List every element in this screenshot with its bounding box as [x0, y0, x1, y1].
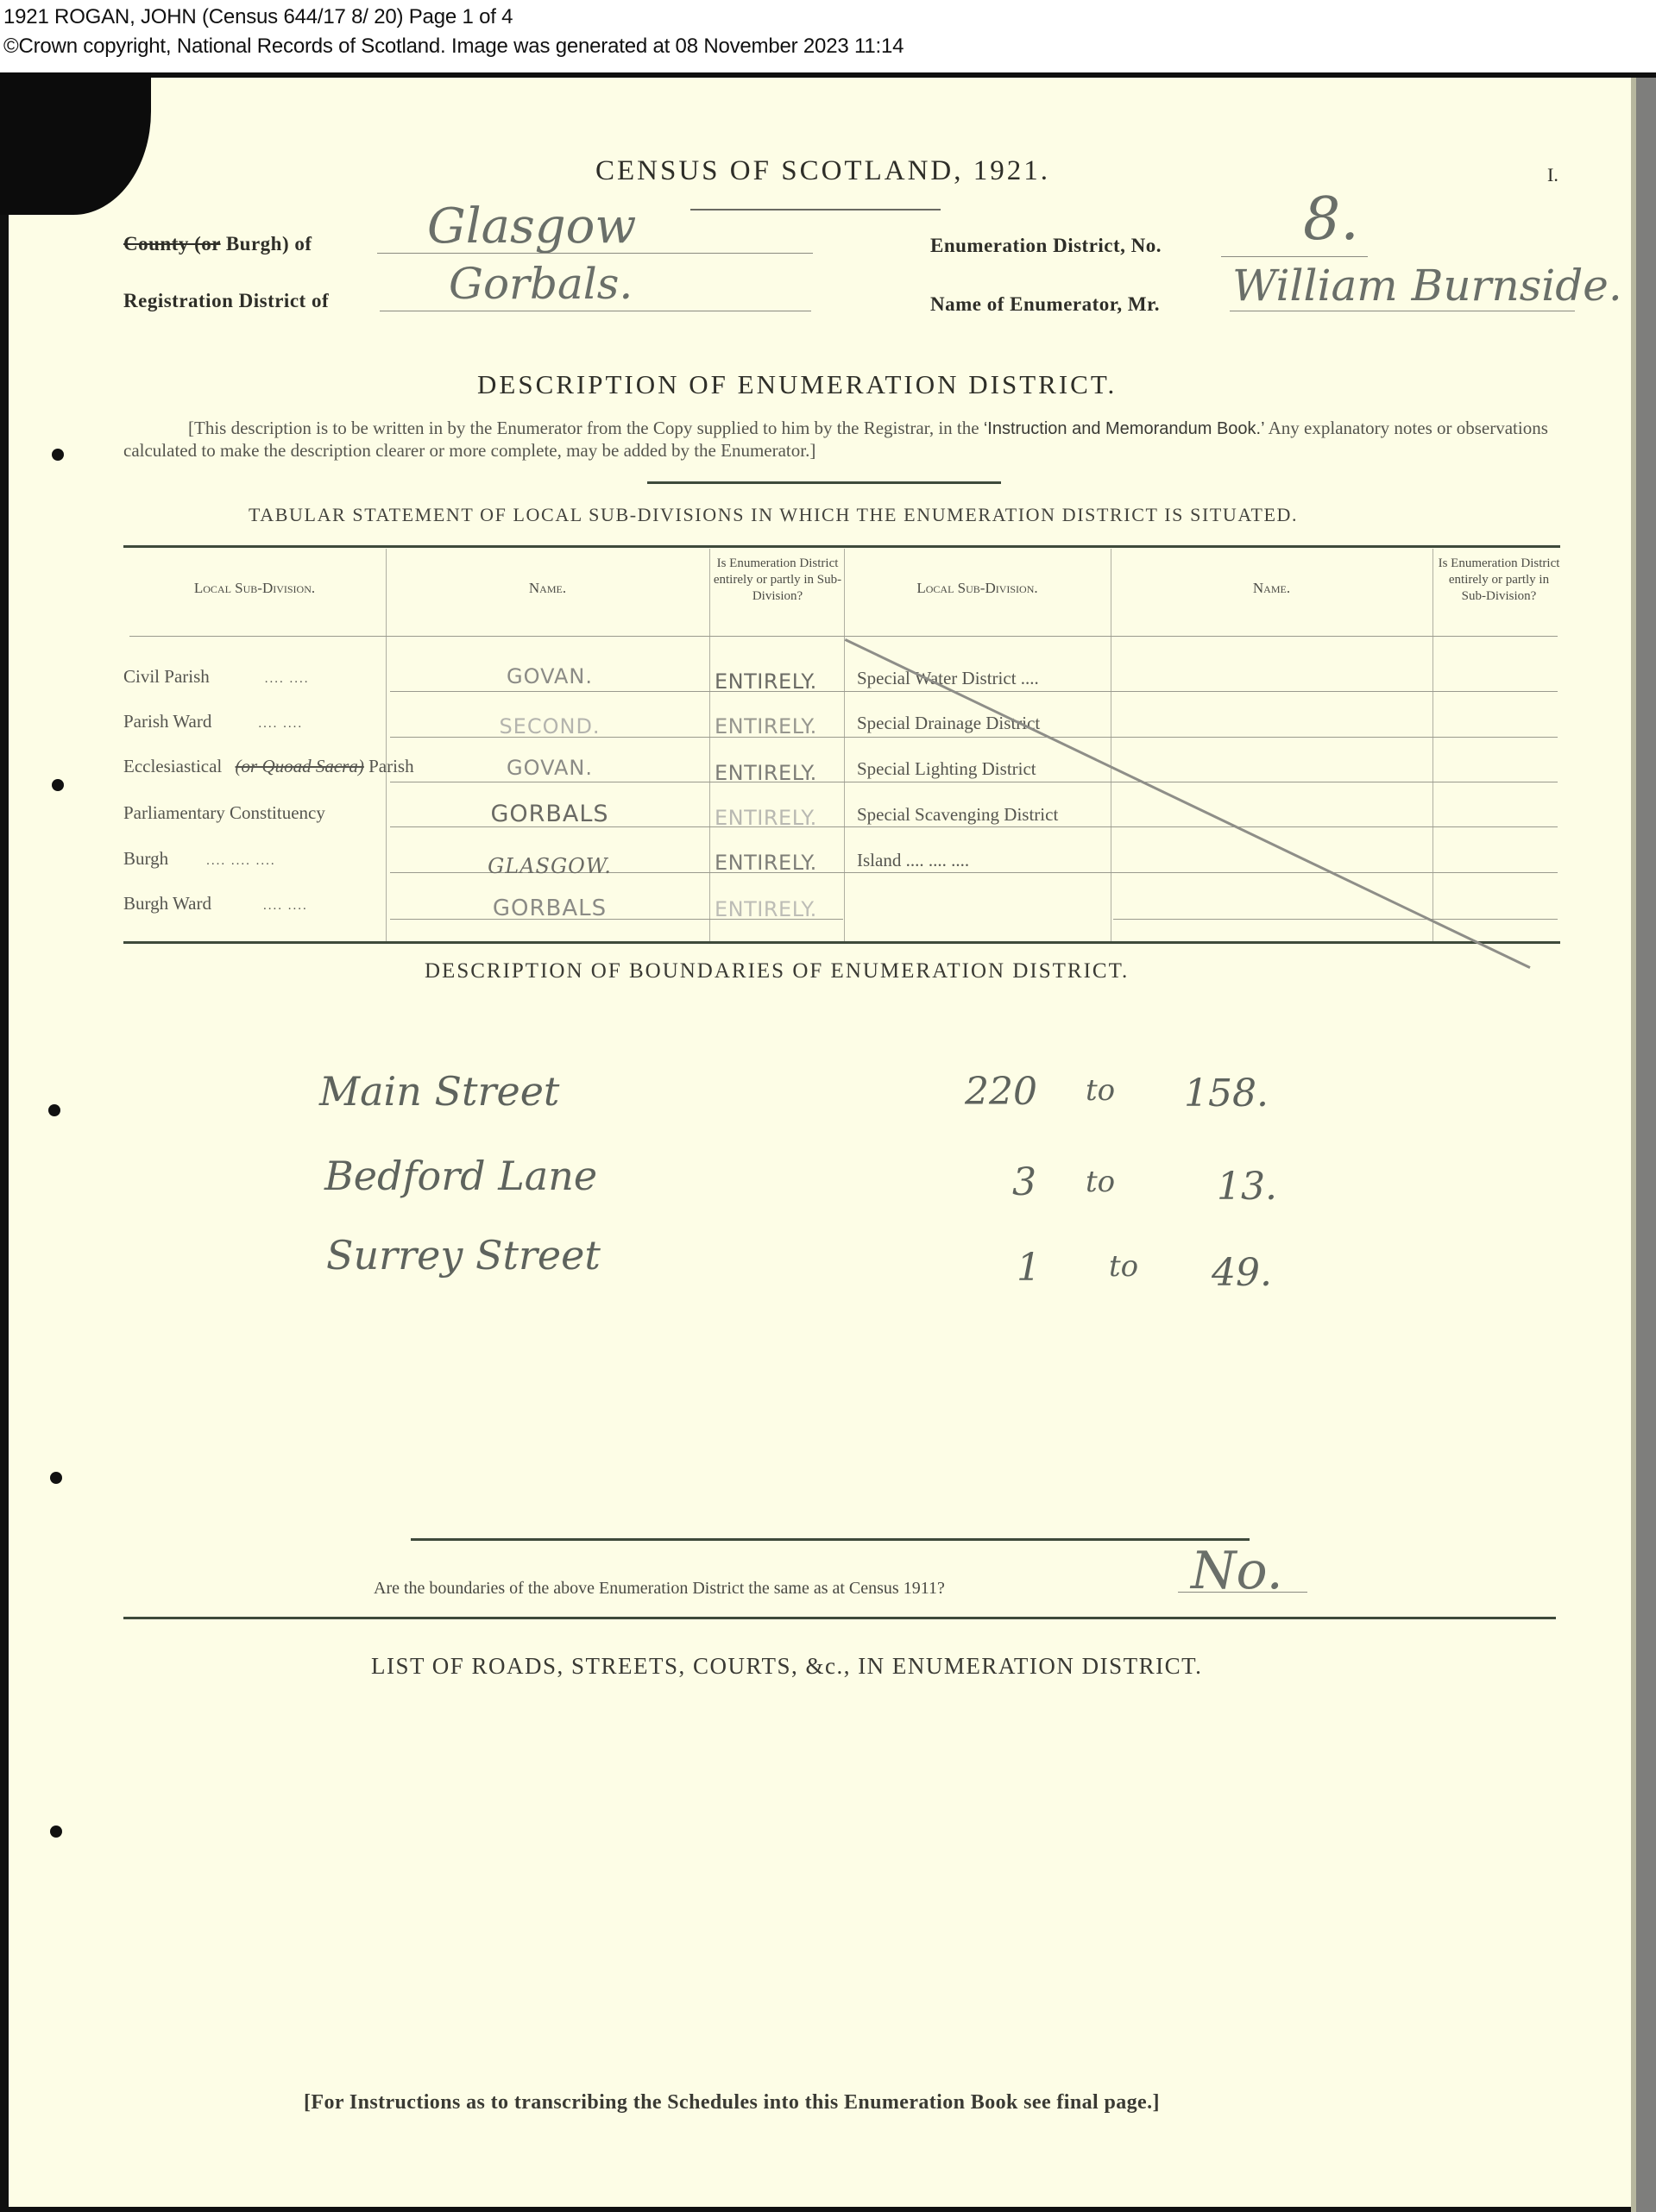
boundaries-divider	[411, 1538, 1250, 1541]
boundary-street: Bedford Lane	[324, 1153, 597, 1199]
row-label-special-lighting-district: Special Lighting District	[857, 758, 1036, 780]
punch-hole	[52, 449, 64, 461]
col-divider	[844, 549, 845, 941]
punch-hole	[50, 1826, 62, 1838]
boundary-to: 158.	[1184, 1071, 1269, 1115]
table-top-rule	[123, 545, 1560, 548]
county-underline	[377, 253, 813, 254]
boundary-street: Main Street	[319, 1068, 559, 1115]
boundary-to-word: to	[1086, 1073, 1115, 1108]
status-parliamentary-constituency: ENTIRELY.	[715, 806, 817, 830]
name-parish-ward: SECOND.	[390, 714, 709, 738]
row-label-burgh-ward: Burgh Ward.... ....	[123, 893, 308, 914]
col-divider	[1111, 549, 1111, 941]
name-burgh-ward: GORBALS	[390, 895, 709, 921]
page-marker: I.	[1547, 164, 1558, 186]
col-header-local-subdivision-right: Local Sub-Division.	[844, 580, 1111, 597]
row-label-burgh: Burgh.... .... ....	[123, 848, 276, 870]
form-title: CENSUS OF SCOTLAND, 1921.	[595, 155, 1050, 187]
row-label-parish-ward: Parish Ward.... ....	[123, 711, 303, 732]
boundary-to-word: to	[1109, 1249, 1138, 1284]
punch-hole	[50, 1472, 62, 1484]
title-divider	[690, 209, 941, 211]
same-as-1911-question: Are the boundaries of the above Enumerat…	[374, 1579, 945, 1599]
punch-hole	[48, 1104, 60, 1116]
col-divider	[386, 549, 387, 941]
description-note: [This description is to be written in by…	[123, 418, 1565, 462]
col-header-local-subdivision: Local Sub-Division.	[123, 580, 386, 597]
header-underline	[129, 636, 1558, 637]
name-ecclesiastical-parish: GOVAN.	[390, 756, 709, 780]
boundary-from: 1	[1017, 1246, 1041, 1290]
enumeration-district-label: Enumeration District, No.	[930, 235, 1162, 257]
copyright-notice: ©Crown copyright, National Records of Sc…	[3, 35, 904, 59]
punch-hole	[52, 779, 64, 791]
enumerator-label: Name of Enumerator, Mr.	[930, 293, 1160, 316]
col-header-question: Is Enumeration District entirely or part…	[713, 556, 842, 605]
col-divider	[1432, 549, 1433, 941]
col-header-name-right: Name.	[1111, 580, 1432, 597]
row-label-parliamentary-constituency: Parliamentary Constituency	[123, 802, 325, 824]
registration-underline	[380, 311, 811, 311]
record-title: 1921 ROGAN, JOHN (Census 644/17 8/ 20) P…	[3, 5, 513, 29]
row-line	[390, 691, 1558, 692]
row-label-island: Island .... .... ....	[857, 850, 969, 871]
county-value: Glasgow	[427, 198, 636, 255]
name-burgh: GLASGOW.	[390, 854, 709, 878]
boundary-from: 220	[965, 1070, 1037, 1114]
col-header-name: Name.	[386, 580, 709, 597]
row-label-ecclesiastical-parish: Ecclesiastical (or Quoad Sacra) Parish	[123, 756, 414, 777]
boundary-from: 3	[1012, 1160, 1036, 1204]
status-civil-parish: ENTIRELY.	[715, 669, 817, 694]
row-line	[1113, 919, 1558, 920]
boundaries-heading: DESCRIPTION OF BOUNDARIES OF ENUMERATION…	[425, 959, 1129, 983]
county-label: County (or Burgh) of	[123, 233, 312, 255]
col-header-question-right: Is Enumeration District entirely or part…	[1436, 556, 1562, 605]
answer-underline	[1178, 1592, 1307, 1593]
row-label-special-drainage-district: Special Drainage District	[857, 713, 1040, 734]
boundary-to-word: to	[1086, 1165, 1115, 1199]
description-heading: DESCRIPTION OF ENUMERATION DISTRICT.	[477, 369, 1117, 400]
enum-district-underline	[1221, 256, 1368, 257]
status-burgh: ENTIRELY.	[715, 851, 817, 875]
name-civil-parish: GOVAN.	[390, 664, 709, 688]
row-label-civil-parish: Civil Parish.... ....	[123, 666, 310, 688]
row-line	[390, 782, 1558, 782]
footer-instructions: [For Instructions as to transcribing the…	[304, 2091, 1160, 2115]
registration-district-label: Registration District of	[123, 290, 329, 312]
enumerator-value: William Burnside.	[1232, 261, 1622, 311]
description-divider	[647, 481, 1001, 484]
list-roads-heading: LIST OF ROADS, STREETS, COURTS, &c., IN …	[371, 1653, 1202, 1680]
enumerator-underline	[1230, 311, 1575, 311]
tabular-heading: TABULAR STATEMENT OF LOCAL SUB-DIVISIONS…	[249, 504, 1298, 526]
viewer-header: 1921 ROGAN, JOHN (Census 644/17 8/ 20) P…	[0, 0, 1656, 72]
list-divider	[123, 1617, 1556, 1619]
boundary-to: 49.	[1212, 1251, 1272, 1295]
table-bottom-rule	[123, 941, 1560, 944]
registration-district-value: Gorbals.	[449, 259, 633, 309]
boundary-to: 13.	[1217, 1165, 1277, 1209]
row-label-special-scavenging-district: Special Scavenging District	[857, 804, 1058, 826]
name-parliamentary-constituency: GORBALS	[390, 801, 709, 827]
page-edge	[1631, 78, 1656, 2212]
status-ecclesiastical-parish: ENTIRELY.	[715, 761, 817, 785]
col-divider	[709, 549, 710, 941]
boundary-street: Surrey Street	[326, 1232, 601, 1279]
status-parish-ward: ENTIRELY.	[715, 714, 817, 738]
enumeration-district-value: 8.	[1303, 185, 1359, 254]
status-burgh-ward: ENTIRELY.	[715, 897, 817, 921]
row-label-special-water-district: Special Water District ....	[857, 668, 1039, 689]
